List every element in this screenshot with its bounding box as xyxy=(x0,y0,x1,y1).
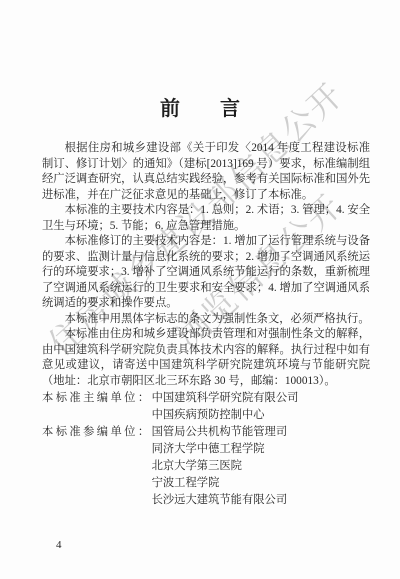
participating-units-row: 本标准参编单位： 国管局公共机构节能管理司 同济大学中德工程学院 北京大学第三医… xyxy=(42,424,370,509)
paragraph-basis: 根据住房和城乡建设部《关于印发〈2014 年度工程建设标准制订、修订计划〉的通知… xyxy=(42,141,370,203)
participating-unit: 同济大学中德工程学院 xyxy=(152,441,370,458)
paragraph-mandatory-clauses: 本标准中用黑体字标志的条文为强制性条文，必须严格执行。 xyxy=(42,312,370,328)
chief-editor-label: 本标准主编单位： xyxy=(42,390,152,407)
participating-unit-list: 国管局公共机构节能管理司 同济大学中德工程学院 北京大学第三医院 宁波工程学院 … xyxy=(152,424,370,509)
participating-unit: 北京大学第三医院 xyxy=(152,458,370,475)
chief-editor-unit: 中国建筑科学研究院有限公司 xyxy=(152,390,370,407)
paragraph-administration: 本标准由住房和城乡建设部负责管理和对强制性条文的解释，由中国建筑科学研究院负责具… xyxy=(42,327,370,389)
paragraph-revision-contents: 本标准修订的主要技术内容是：1. 增加了运行管理系统与设备的要求、监测计量与信息… xyxy=(42,234,370,312)
participating-units-label: 本标准参编单位： xyxy=(42,424,152,441)
chief-editor-unit: 中国疾病预防控制中心 xyxy=(152,407,370,424)
participating-unit: 长沙远大建筑节能有限公司 xyxy=(152,492,370,509)
scanned-standard-foreword-page: 住房城乡建设部信息公开 浏览信息公开 前 言 根据住房和城乡建设部《关于印发〈2… xyxy=(0,0,400,579)
foreword-body: 根据住房和城乡建设部《关于印发〈2014 年度工程建设标准制订、修订计划〉的通知… xyxy=(42,141,370,509)
page-title: 前 言 xyxy=(0,92,400,121)
chief-editor-unit-list: 中国建筑科学研究院有限公司 中国疾病预防控制中心 xyxy=(152,390,370,424)
editing-units-block: 本标准主编单位： 中国建筑科学研究院有限公司 中国疾病预防控制中心 本标准参编单… xyxy=(42,390,370,509)
participating-unit: 国管局公共机构节能管理司 xyxy=(152,424,370,441)
participating-unit: 宁波工程学院 xyxy=(152,475,370,492)
page-number: 4 xyxy=(56,539,62,551)
chief-editor-row: 本标准主编单位： 中国建筑科学研究院有限公司 中国疾病预防控制中心 xyxy=(42,390,370,424)
paragraph-main-contents: 本标准的主要技术内容是：1. 总则；2. 术语；3. 管理；4. 安全卫生与环境… xyxy=(42,203,370,234)
